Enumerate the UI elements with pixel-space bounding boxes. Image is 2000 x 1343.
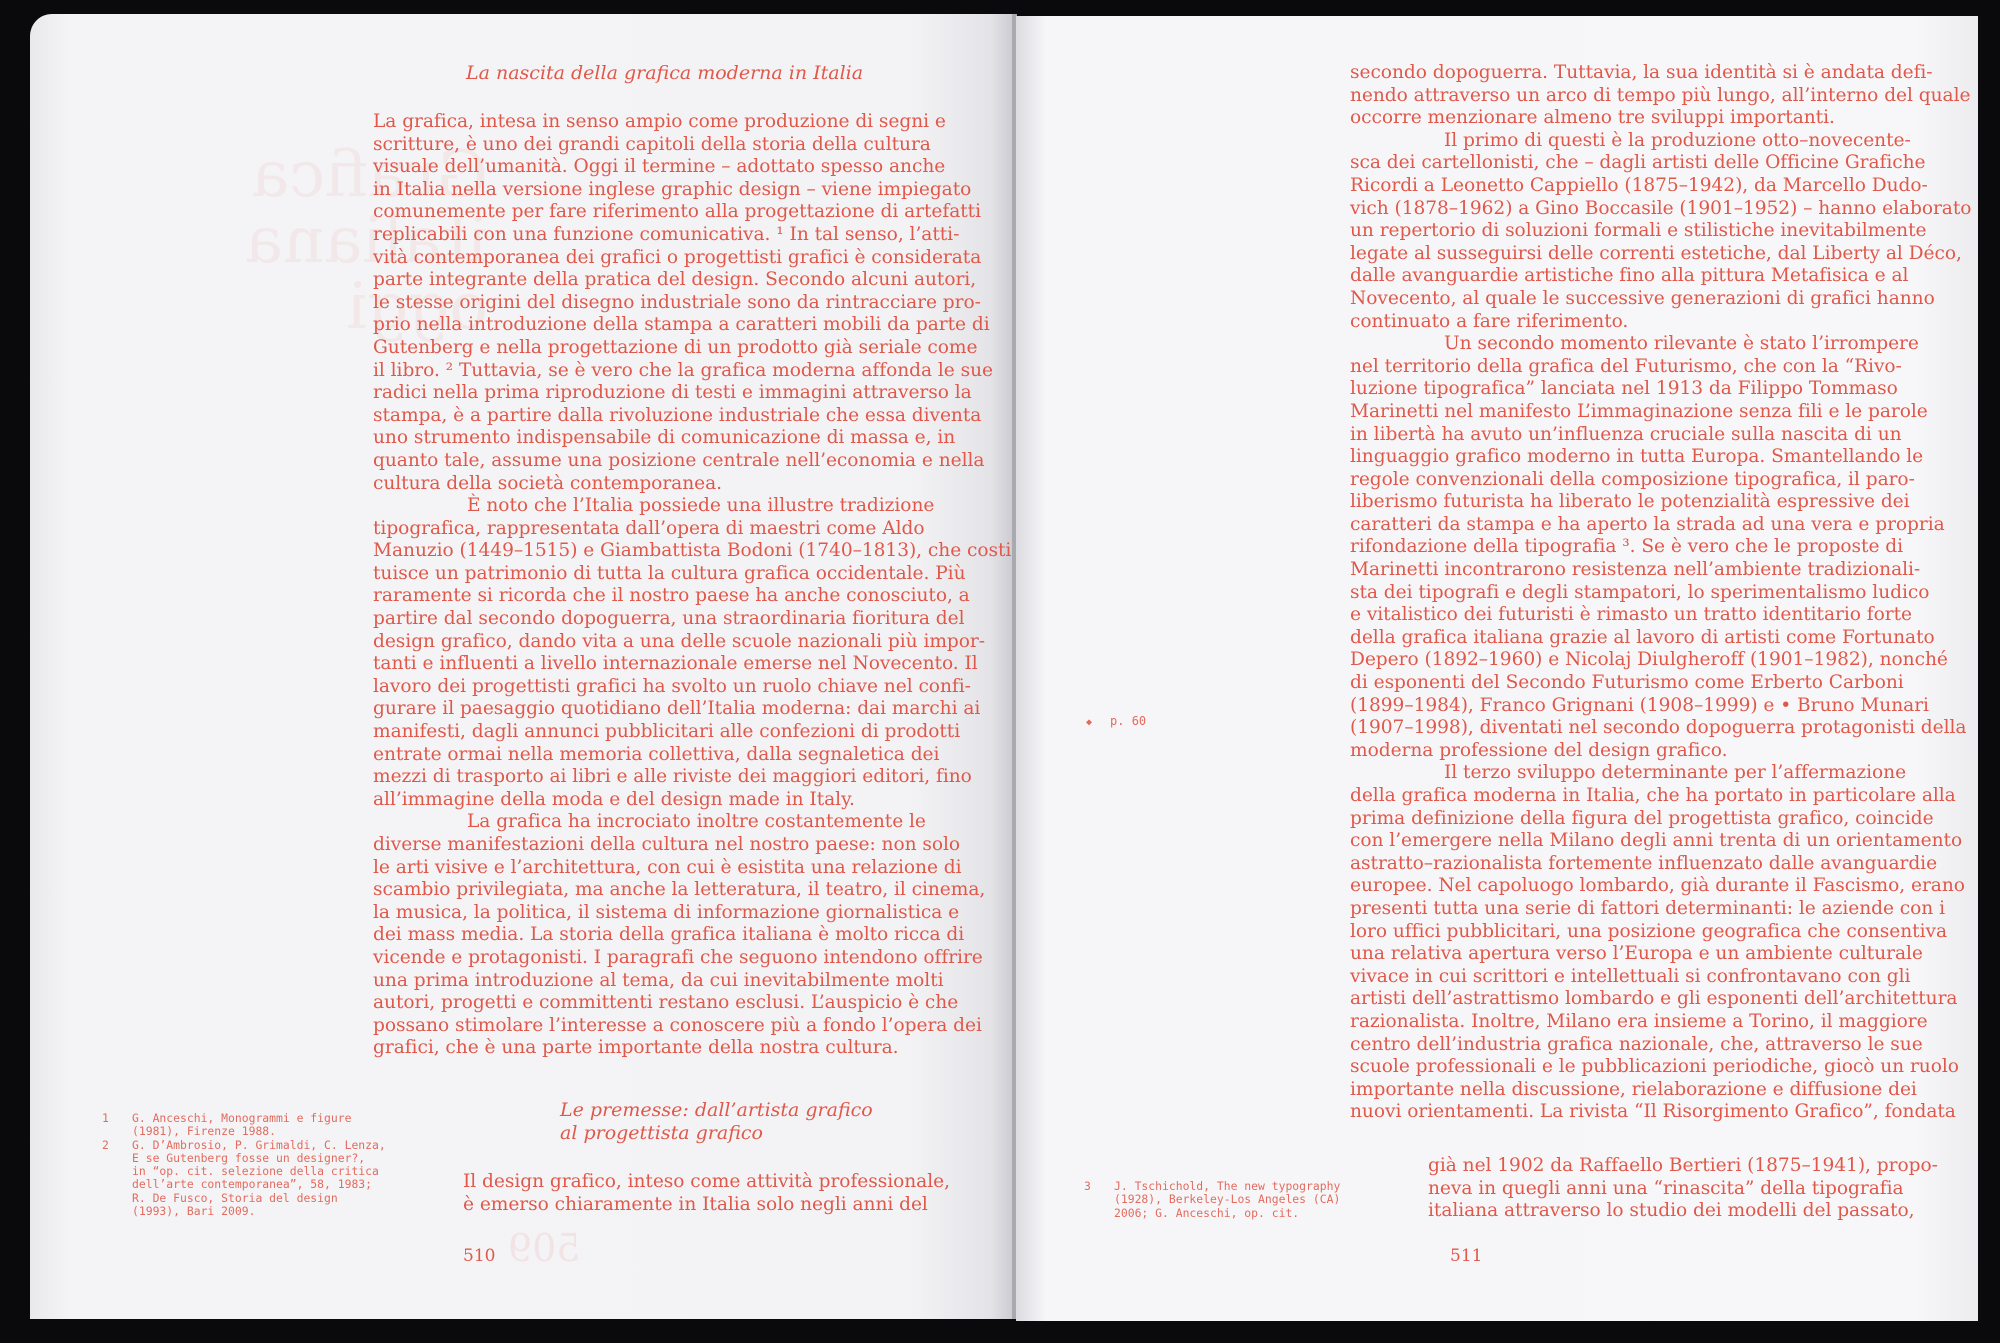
- text-line: una relativa apertura verso l’Europa e u…: [1350, 943, 1971, 966]
- subheading-line: Le premesse: dall’artista grafico: [560, 1099, 873, 1122]
- closing-text: già nel 1902 da Raffaello Bertieri (1875…: [1428, 1155, 1938, 1223]
- marginal-reference[interactable]: p. 60: [1110, 714, 1146, 728]
- text-line: continuato a fare riferimento.: [1350, 311, 1971, 334]
- text-line: in libertà ha avuto un’influenza crucial…: [1350, 424, 1971, 447]
- page-number: 510: [463, 1246, 495, 1266]
- text-line: tanti e influenti a livello internaziona…: [373, 653, 1015, 676]
- footnotes: 1 G. Anceschi, Monogrammi e figure (1981…: [102, 1112, 386, 1218]
- page-number: 511: [1450, 1246, 1482, 1266]
- footnote-text: G. D’Ambrosio, P. Grimaldi, C. Lenza, E …: [132, 1139, 386, 1219]
- text-line: mezzi di trasporto ai libri e alle rivis…: [373, 766, 1015, 789]
- text-line: nendo attraverso un arco di tempo più lu…: [1350, 85, 1971, 108]
- text-line: quanto tale, assume una posizione centra…: [373, 450, 1015, 473]
- body-text: La grafica, intesa in senso ampio come p…: [373, 111, 1015, 1060]
- text-line: parte integrante della pratica del desig…: [373, 269, 1015, 292]
- footnotes: 3 J. Tschichold, The new typography (192…: [1084, 1180, 1340, 1220]
- text-line: (1899–1984), Franco Grignani (1908–1999)…: [1350, 695, 1971, 718]
- text-line: gurare il paesaggio quotidiano dell’Ital…: [373, 698, 1015, 721]
- right-page: secondo dopoguerra. Tuttavia, la sua ide…: [1016, 16, 1978, 1321]
- text-line: secondo dopoguerra. Tuttavia, la sua ide…: [1350, 62, 1971, 85]
- text-line: già nel 1902 da Raffaello Bertieri (1875…: [1428, 1155, 1938, 1178]
- text-line: sca dei cartellonisti, che – dagli artis…: [1350, 152, 1971, 175]
- left-page: Grafica italiana oggi La nascita della g…: [30, 14, 1015, 1319]
- footnote-text: J. Tschichold, The new typography (1928)…: [1114, 1180, 1340, 1220]
- text-line: artisti dell’astrattismo lombardo e gli …: [1350, 988, 1971, 1011]
- ghost-page-number: 509: [508, 1226, 581, 1270]
- footnote: 2 G. D’Ambrosio, P. Grimaldi, C. Lenza, …: [102, 1139, 386, 1219]
- text-line: scritture, è uno dei grandi capitoli del…: [373, 134, 1015, 157]
- subheading-line: al progettista grafico: [560, 1122, 873, 1145]
- text-line: diverse manifestazioni della cultura nel…: [373, 834, 1015, 857]
- text-line: centro dell’industria grafica nazionale,…: [1350, 1034, 1971, 1057]
- text-line: rifondazione della tipografia ³. Se è ve…: [1350, 536, 1971, 559]
- text-line: scuole professionali e le pubblicazioni …: [1350, 1056, 1971, 1079]
- text-line: nel territorio della grafica del Futuris…: [1350, 356, 1971, 379]
- text-line: vicende e protagonisti. I paragrafi che …: [373, 947, 1015, 970]
- text-line: uno strumento indispensabile di comunica…: [373, 427, 1015, 450]
- closing-text: Il design grafico, inteso come attività …: [463, 1171, 950, 1216]
- text-line: La grafica, intesa in senso ampio come p…: [373, 111, 1015, 134]
- footnote-text: G. Anceschi, Monogrammi e figure (1981),…: [132, 1112, 351, 1139]
- text-line: con l’emergere nella Milano degli anni t…: [1350, 830, 1971, 853]
- text-line: vich (1878–1962) a Gino Boccasile (1901–…: [1350, 198, 1971, 221]
- text-line: Gutenberg e nella progettazione di un pr…: [373, 337, 1015, 360]
- text-line: scambio privilegiata, ma anche la letter…: [373, 879, 1015, 902]
- text-line: cultura della società contemporanea.: [373, 473, 1015, 496]
- text-line: dei mass media. La storia della grafica …: [373, 924, 1015, 947]
- text-line: stampa, è a partire dalla rivoluzione in…: [373, 405, 1015, 428]
- text-line: in Italia nella versione inglese graphic…: [373, 179, 1015, 202]
- text-line: possano stimolare l’interesse a conoscer…: [373, 1015, 1015, 1038]
- text-line: È noto che l’Italia possiede una illustr…: [373, 495, 1015, 518]
- text-line: europee. Nel capoluogo lombardo, già dur…: [1350, 875, 1971, 898]
- text-line: presenti tutta una serie di fattori dete…: [1350, 898, 1971, 921]
- footnote-number: 1: [102, 1112, 132, 1139]
- text-line: della grafica italiana grazie al lavoro …: [1350, 627, 1971, 650]
- text-line: è emerso chiaramente in Italia solo negl…: [463, 1194, 950, 1217]
- paragraph-list: La grafica, intesa in senso ampio come p…: [373, 111, 1015, 1060]
- text-line: entrate ormai nella memoria collettiva, …: [373, 744, 1015, 767]
- text-line: italiana attraverso lo studio dei modell…: [1428, 1200, 1938, 1223]
- text-line: vivace in cui scrittori e intellettuali …: [1350, 966, 1971, 989]
- footnote: 1 G. Anceschi, Monogrammi e figure (1981…: [102, 1112, 386, 1139]
- text-line: le stesse origini del disegno industrial…: [373, 292, 1015, 315]
- text-line: liberismo futurista ha liberato le poten…: [1350, 491, 1971, 514]
- text-line: regole convenzionali della composizione …: [1350, 469, 1971, 492]
- text-line: manifesti, dagli annunci pubblicitari al…: [373, 721, 1015, 744]
- diamond-bullet-icon: ◆: [1086, 717, 1092, 728]
- text-line: Un secondo momento rilevante è stato l’i…: [1350, 333, 1971, 356]
- text-line: loro uffici pubblicitari, una posizione …: [1350, 921, 1971, 944]
- text-line: visuale dell’umanità. Oggi il termine – …: [373, 156, 1015, 179]
- text-line: Il primo di questi è la produzione otto–…: [1350, 130, 1971, 153]
- text-line: neva in quegli anni una “rinascita” dell…: [1428, 1178, 1938, 1201]
- text-line: comunemente per fare riferimento alla pr…: [373, 201, 1015, 224]
- text-line: importante nella discussione, rielaboraz…: [1350, 1079, 1971, 1102]
- text-line: caratteri da stampa e ha aperto la strad…: [1350, 514, 1971, 537]
- text-line: radici nella prima riproduzione di testi…: [373, 382, 1015, 405]
- footnote-number: 2: [102, 1139, 132, 1219]
- paragraph-list: secondo dopoguerra. Tuttavia, la sua ide…: [1350, 62, 1971, 1124]
- text-line: occorre menzionare almeno tre sviluppi i…: [1350, 107, 1971, 130]
- text-line: vità contemporanea dei grafici o progett…: [373, 247, 1015, 270]
- text-line: Novecento, al quale le successive genera…: [1350, 288, 1971, 311]
- text-line: di esponenti del Secondo Futurismo come …: [1350, 672, 1971, 695]
- footnote-number: 3: [1084, 1180, 1114, 1220]
- text-line: prima definizione della figura del proge…: [1350, 808, 1971, 831]
- text-line: Manuzio (1449–1515) e Giambattista Bodon…: [373, 540, 1015, 563]
- text-line: prio nella introduzione della stampa a c…: [373, 314, 1015, 337]
- text-line: e vitalistico dei futuristi è rimasto un…: [1350, 604, 1971, 627]
- text-line: tipografica, rappresentata dall’opera di…: [373, 518, 1015, 541]
- text-line: le arti visive e l’architettura, con cui…: [373, 857, 1015, 880]
- text-line: il libro. ² Tuttavia, se è vero che la g…: [373, 360, 1015, 383]
- text-line: linguaggio grafico moderno in tutta Euro…: [1350, 446, 1971, 469]
- text-line: razionalista. Inoltre, Milano era insiem…: [1350, 1011, 1971, 1034]
- text-line: nuovi orientamenti. La rivista “Il Risor…: [1350, 1101, 1971, 1124]
- text-line: Il terzo sviluppo determinante per l’aff…: [1350, 762, 1971, 785]
- text-line: tuisce un patrimonio di tutta la cultura…: [373, 563, 1015, 586]
- text-line: Ricordi a Leonetto Cappiello (1875–1942)…: [1350, 175, 1971, 198]
- text-line: La grafica ha incrociato inoltre costant…: [373, 811, 1015, 834]
- text-line: grafici, che è una parte importante dell…: [373, 1037, 1015, 1060]
- text-line: autori, progetti e committenti restano e…: [373, 992, 1015, 1015]
- text-line: Marinetti nel manifesto L’immaginazione …: [1350, 401, 1971, 424]
- subheading: Le premesse: dall’artista grafico al pro…: [560, 1099, 873, 1145]
- text-line: della grafica moderna in Italia, che ha …: [1350, 785, 1971, 808]
- text-line: luzione tipografica” lanciata nel 1913 d…: [1350, 378, 1971, 401]
- body-text: secondo dopoguerra. Tuttavia, la sua ide…: [1350, 62, 1971, 1124]
- footnote: 3 J. Tschichold, The new typography (192…: [1084, 1180, 1340, 1220]
- text-line: Depero (1892–1960) e Nicolaj Diulgheroff…: [1350, 649, 1971, 672]
- text-line: sta dei tipografi e degli stampatori, lo…: [1350, 582, 1971, 605]
- text-line: replicabili con una funzione comunicativ…: [373, 224, 1015, 247]
- text-line: dalle avanguardie artistiche fino alla p…: [1350, 265, 1971, 288]
- text-line: Il design grafico, inteso come attività …: [463, 1171, 950, 1194]
- text-line: un repertorio di soluzioni formali e sti…: [1350, 220, 1971, 243]
- marginal-note: ◆p. 60: [1086, 714, 1146, 728]
- text-line: raramente si ricorda che il nostro paese…: [373, 585, 1015, 608]
- section-heading: La nascita della grafica moderna in Ital…: [466, 62, 863, 85]
- text-line: legate al susseguirsi delle correnti est…: [1350, 243, 1971, 266]
- text-line: astratto–razionalista fortemente influen…: [1350, 853, 1971, 876]
- text-line: design grafico, dando vita a una delle s…: [373, 631, 1015, 654]
- text-line: una prima introduzione al tema, da cui i…: [373, 970, 1015, 993]
- text-line: la musica, la politica, il sistema di in…: [373, 902, 1015, 925]
- text-line: lavoro dei progettisti grafici ha svolto…: [373, 676, 1015, 699]
- text-line: partire dal secondo dopoguerra, una stra…: [373, 608, 1015, 631]
- text-line: moderna professione del design grafico.: [1350, 740, 1971, 763]
- text-line: all’immagine della moda e del design mad…: [373, 789, 1015, 812]
- text-line: Marinetti incontrarono resistenza nell’a…: [1350, 559, 1971, 582]
- text-line: (1907–1998), diventati nel secondo dopog…: [1350, 717, 1971, 740]
